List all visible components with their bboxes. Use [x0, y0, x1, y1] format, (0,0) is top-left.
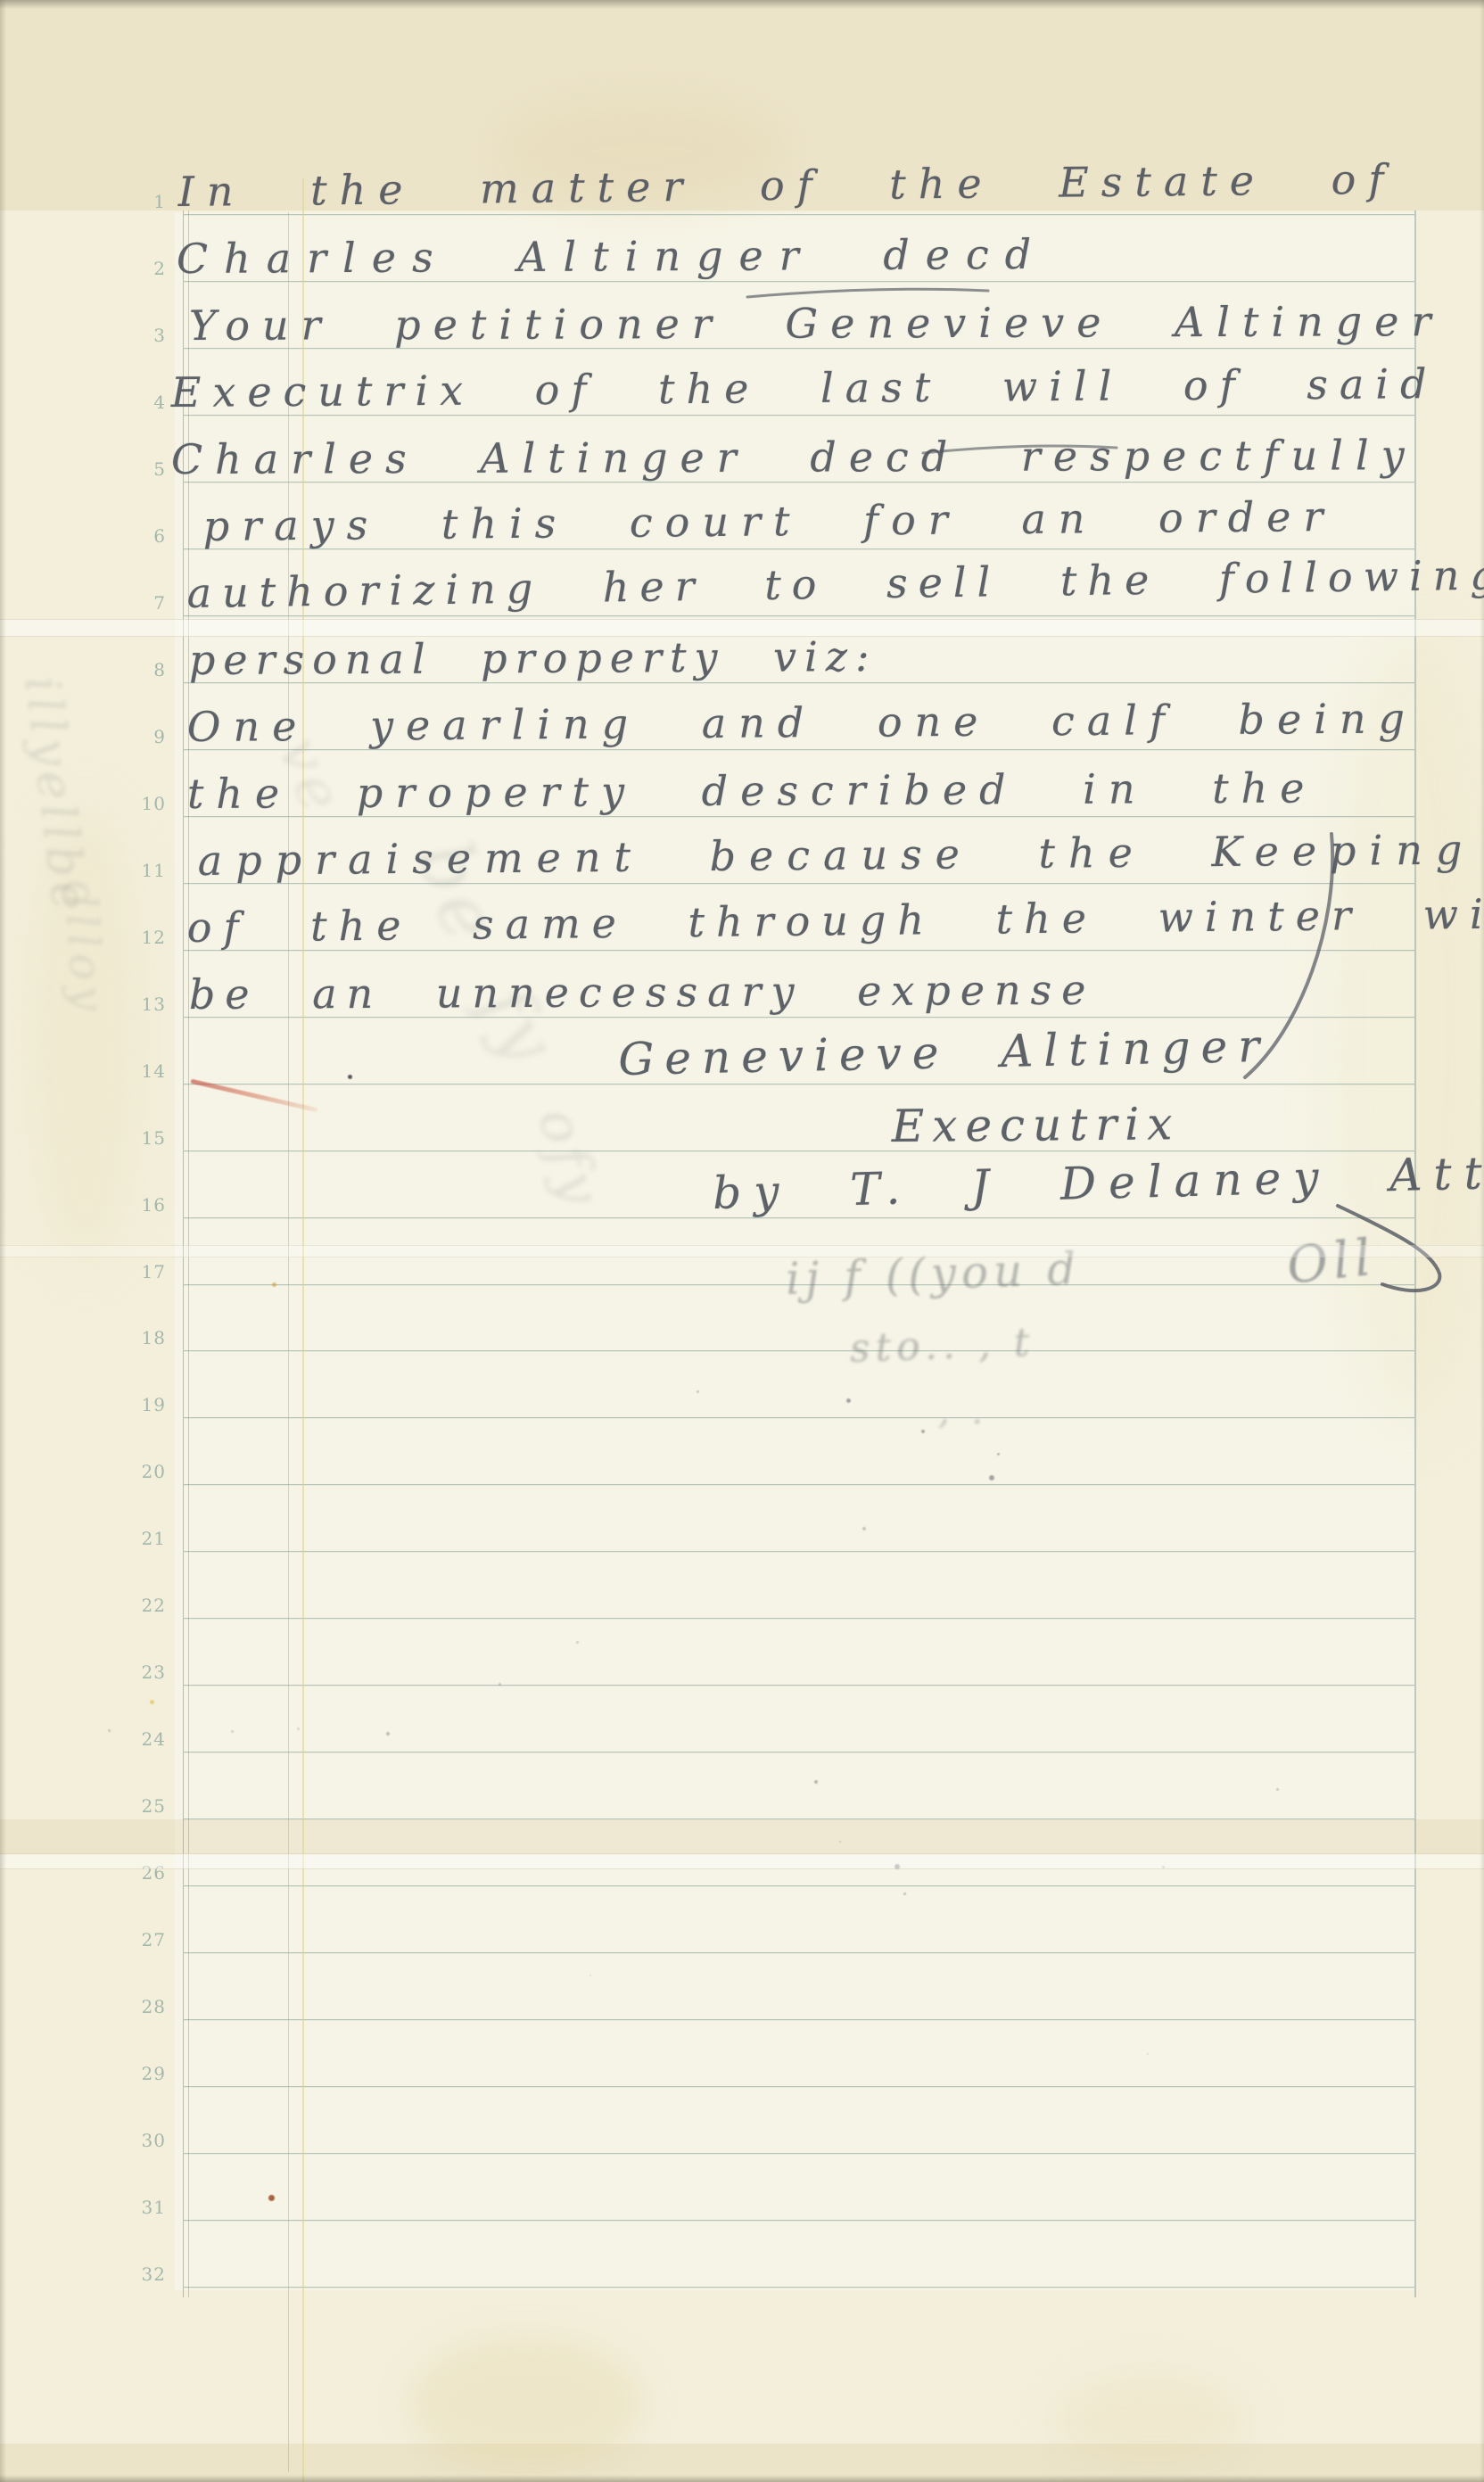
pen-flourishes [0, 0, 1484, 2482]
ink-speck [499, 1683, 501, 1686]
ink-speck [589, 1975, 591, 1976]
ink-speck [846, 1398, 851, 1403]
fold-crease [0, 1245, 1484, 1257]
ink-speck [997, 1453, 1000, 1455]
ink-speck [1276, 1788, 1279, 1791]
ink-speck [297, 1728, 300, 1730]
pen-flourish-stroke [747, 289, 988, 297]
scanned-document-page: 1234567891011121314151617181920212223242… [0, 0, 1484, 2482]
ink-speck [862, 1527, 866, 1530]
fold-crease [0, 619, 1484, 637]
scan-edge-top [0, 0, 1484, 9]
ink-speck [231, 1730, 234, 1733]
pen-flourish-stroke [923, 446, 1117, 453]
ink-speck [903, 1892, 906, 1895]
ink-speck [989, 1475, 994, 1480]
ink-speck [386, 1732, 390, 1736]
ink-speck [268, 2195, 275, 2201]
ink-speck [921, 1430, 925, 1433]
fold-crease [0, 1853, 1484, 1869]
pen-flourish-stroke [1245, 834, 1332, 1077]
scan-edge-left [0, 0, 6, 2482]
ink-speck [839, 1841, 841, 1843]
ink-speck [272, 1282, 276, 1287]
scan-edge-bottom [0, 2475, 1484, 2482]
ink-speck [150, 1700, 154, 1704]
ink-speck [814, 1780, 818, 1784]
ink-speck [348, 1075, 352, 1079]
ink-speck [1147, 2053, 1149, 2055]
ink-speck [108, 1729, 111, 1732]
scan-edge-right [1480, 0, 1484, 2482]
ink-speck [576, 1641, 579, 1644]
ink-speck [697, 1390, 699, 1393]
